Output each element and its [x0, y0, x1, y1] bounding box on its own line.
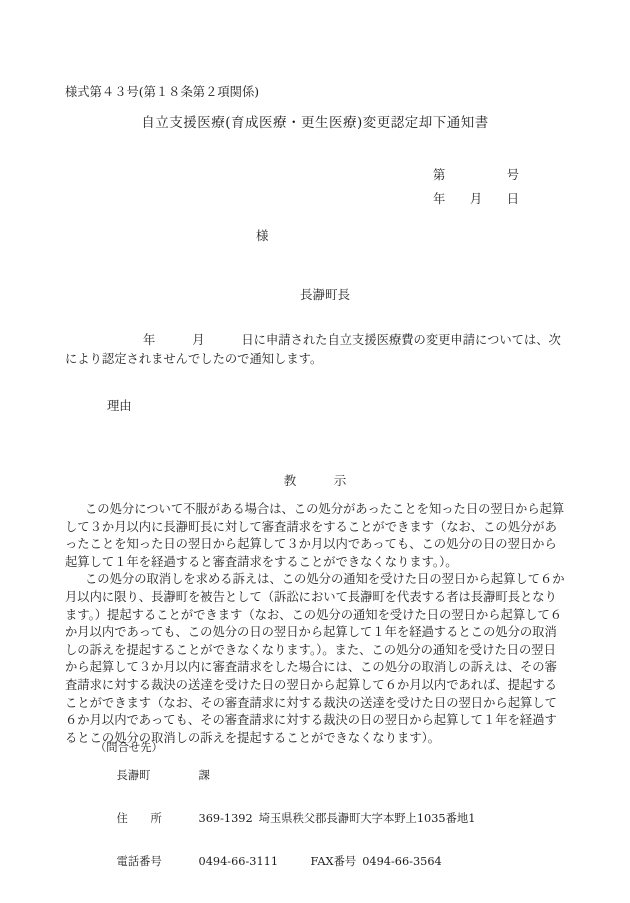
document-page: 様式第４３号(第１８条第２項関係) 自立支援医療(育成医療・更生医療)変更認定却… [0, 0, 630, 903]
appeal-notice-heading: 教 示 [0, 471, 630, 489]
contact-address-row: 住 所369-1392埼玉県秩父郡長瀞町大字本野上1035番地1 [95, 798, 475, 841]
notification-body-paragraph: 年 月 日に申請された自立支援医療費の変更申請については、次により認定されません… [65, 331, 569, 369]
contact-block: （問合せ先） 長瀞町課 住 所369-1392埼玉県秩父郡長瀞町大字本野上103… [95, 741, 475, 883]
contact-heading: （問合せ先） [95, 741, 475, 755]
contact-fax-label: FAX番号 [311, 855, 357, 868]
contact-postal-code: 369-1392 [199, 812, 253, 825]
appeal-notice-body: この処分について不服がある場合は、この処分があったことを知った日の翌日から起算し… [65, 501, 568, 747]
issue-date-line: 年 月 日 [433, 189, 519, 207]
reason-label: 理由 [107, 396, 132, 414]
contact-office-row: 長瀞町課 [95, 755, 475, 798]
document-number-line: 第 号 [433, 165, 519, 183]
issuer-name: 長瀞町長 [300, 285, 350, 303]
addressee-honorific: 様 [256, 226, 269, 244]
contact-address-text: 埼玉県秩父郡長瀞町大字本野上1035番地1 [259, 812, 476, 825]
contact-phone-label: 電話番号 [117, 855, 199, 869]
form-number-label: 様式第４３号(第１８条第２項関係) [65, 84, 259, 100]
document-title: 自立支援医療(育成医療・更生医療)変更認定却下通知書 [0, 114, 630, 132]
contact-address-label: 住 所 [117, 812, 199, 826]
contact-phone-number: 0494-66-3111 [199, 855, 311, 869]
contact-phone-row: 電話番号0494-66-3111FAX番号0494-66-3564 [95, 840, 475, 883]
contact-office-section: 課 [199, 769, 210, 782]
appeal-notice-paragraph-1: この処分について不服がある場合は、この処分があったことを知った日の翌日から起算し… [65, 501, 568, 571]
appeal-notice-paragraph-2: この処分の取消しを求める訴えは、この処分の通知を受けた日の翌日から起算して６か月… [65, 571, 568, 747]
contact-office-name: 長瀞町 [117, 769, 199, 783]
contact-fax-number: 0494-66-3564 [362, 855, 442, 868]
